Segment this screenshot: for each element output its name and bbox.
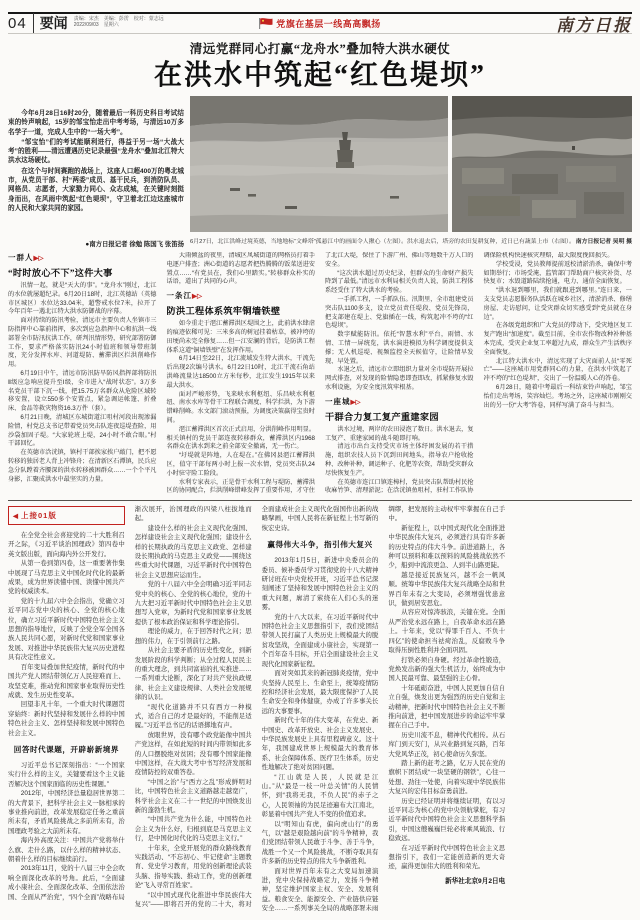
paragraph: 踏上新的赶考之路，亿万人民在党的旗帜下团结成“一块坚硬的钢铁”，心往一处想、劲往… — [388, 759, 505, 797]
jump-arrow-icon: ◀ — [13, 513, 19, 520]
jump-part3-paragraphs: 2013年1月5日，新进中央委员会的委员、候补委员学习贯彻党的十八大精神研讨班在… — [262, 505, 506, 915]
paragraph: 一手抓工程，一手抓队伍。汛期里，全市组建党员突击队1100多支，设立党员责任堤段… — [325, 296, 474, 331]
section-head-river: 一条江▶▷ 防洪工程体系筑牢铜墙铁壁 — [167, 290, 316, 317]
paragraph: 在习近平新时代中国特色社会主义思想指引下，我们一定能创造新的更大奇迹，赢得更加伟… — [388, 844, 505, 872]
paragraph: 习近平总书记深刻指出：“一个国家实行什么样的主义，关键要看这个主义能否解决这个国… — [8, 761, 125, 789]
paragraph: “江山就是人民，人民就是江山。”从“最是一枝一叶总关情”的人民情怀，到“我将无我… — [262, 773, 379, 820]
section-arrow-icon: ▶▷ — [351, 399, 361, 406]
main-headline: 在洪水中筑起“红色堤坝” — [0, 53, 640, 93]
jump-from-page-box: ◀上接01版 — [8, 506, 125, 525]
page-number: 04 — [8, 15, 27, 32]
crosshead-2: 赢得伟大斗争，指引伟大复兴 — [262, 539, 379, 550]
crosshead-1: 回答时代课题，开辟崭新境界 — [8, 744, 125, 755]
aerial-photo-right — [452, 96, 632, 232]
paragraph: 十年砥砺奋进，中国人民更加自信自立自强，焕发出更为强烈的历史自觉和主动精神，把新… — [388, 684, 505, 731]
paragraph: 学校受浸，党员教师提前返校清淤消杀，确保中考如期举行；市场受淹，监管部门帮助商户… — [484, 261, 633, 287]
masthead-logo: 南方日报 — [556, 11, 632, 36]
lead-section-columns: 一群人▶▷ “时时放心不下”这件大事 汛情一起，就是“天大的事”。“龙舟水”刚过… — [8, 252, 632, 498]
paragraph: 洪水过境，两岸的农田浸泡了数日。洪水退去，复工复产、重建家园的战斗随即打响。 — [325, 426, 474, 444]
jump-label: 上接01版 — [21, 511, 57, 520]
paragraph: 2013年1月5日，新进中央委员会的委员、候补委员学习贯彻党的十八大精神研讨班在… — [262, 556, 379, 612]
paragraph: “中国共产党为什么能，中国特色社会主义为什么好，归根到底是马克思主义行，是中国化… — [135, 815, 252, 843]
lede-paragraphs: 今年6月28日16时20分，随着最后一科历史科目考试结束的铃声响起，15岁的邹宝… — [8, 109, 184, 213]
jump-article-columns: ◀上接01版 在全党全社会喜迎党的二十大胜利召开之际，《习近平谈治国理政》第四卷… — [8, 505, 632, 915]
paragraph: 新时代十年的伟大变革，在党史、新中国史、改革开放史、社会主义发展史、中华民族发展… — [262, 716, 379, 772]
paragraph: 党的十八届六中全会明确习近平同志党中央的核心、全党的核心地位，党的十九大把习近平… — [135, 580, 252, 627]
page-header: 04 要闻 责编：宋杰 美编：彭雳 校对：蒙志远 2022/09/03 星期六 … — [8, 15, 632, 31]
paragraph: 潖江蓄滞洪区首次正式启用，分洪削峰作用明显。相关镇村的党员干部连夜转移群众，蓄滞… — [167, 426, 316, 452]
credits-block: 责编：宋杰 美编：彭雳 校对：蒙志远 2022/09/03 星期六 — [74, 17, 164, 28]
party-flag-icon — [259, 18, 273, 29]
section-arrow-icon: ▶▷ — [34, 255, 44, 262]
paragraph: 回望非凡十年，一个重大时代课题贯穿始终：新时代坚持和发展什么样的中国特色社会主义… — [8, 700, 125, 738]
newspaper-page: 04 要闻 责编：宋杰 美编：彭雳 校对：蒙志远 2022/09/03 星期六 … — [0, 0, 640, 920]
paragraph: 历史已经证明并将继续证明，有以习近平同志为核心的党中央领航掌舵，有习近平新时代中… — [388, 797, 505, 844]
paragraph: “现代化道路并不只有西方一种模式，适合自己的才是最好的，不能削足适履。”习近平总… — [135, 703, 252, 731]
paragraph: 汛情一起，就是“天大的事”。“龙舟水”刚过，北江的水位就屡超纪录。6月20日18… — [8, 282, 157, 317]
paragraph: 从第一卷到第四卷，这一重要著作集中展现了马克思主义中国化时代化的最新成果，成为世… — [8, 559, 125, 597]
paragraph: “圩堤就是阵地，人在堤在。”在佛冈县潖江蓄滞洪区，值守干部每两小时上报一次水情，… — [167, 452, 316, 478]
section-arrow-icon: ▶▷ — [192, 293, 202, 300]
paragraph: 2012年，中国经济总量稳居世界第二的大背景下，把科学社会主义一脉相承的事业推向… — [8, 789, 125, 836]
xinhua-dateline: 新华社北京9月2日电 — [388, 875, 505, 885]
paragraph: “洪水退到哪里，我们就跟进到哪里。”连日来，一支支党员志愿服务队活跃在城乡社区，… — [484, 287, 633, 322]
section-tag: 一条江▶▷ — [167, 290, 316, 301]
paragraph: 在各级党组织和广大党员的带动下，受灾地区复工复产跑出“加速度”。截至目前，全市农… — [484, 322, 633, 357]
section-tag: 一群人▶▷ — [8, 252, 157, 263]
photo-caption: 6月27日，北江洪峰过境英德，当地地标“文峰塔”孤悬江中的画面令人揪心（左图）。… — [190, 236, 572, 245]
section-head-people: 一群人▶▷ “时时放心不下”这件大事 — [8, 252, 157, 279]
paragraph: 历史川流不息，精神代代相传。从石库门到天安门，从兴业路到复兴路，百年大党风华正茂… — [388, 731, 505, 759]
top-rule — [8, 12, 632, 14]
paragraph: 在这个与时间赛跑的战场上，这座人口超400万的粤北城市，从党员干部、村“两委”成… — [8, 167, 184, 213]
paragraph: 新征程上，以中国式现代化全面推进中华民族伟大复兴，必须进行具有许多新的历史特点的… — [388, 524, 505, 571]
article-divider-rule — [8, 500, 632, 501]
jump-part1-paragraphs: 在全党全社会喜迎党的二十大胜利召开之际，《习近平谈治国理政》第四卷中英文版出版，… — [8, 531, 125, 738]
paragraph: 党的十八大以来，在习近平新时代中国特色社会主义思想指引下，我们党团结带领人民打赢… — [262, 613, 379, 669]
paragraph: 6月14日至22日，北江流域发生特大洪水，干流先后出现2次编号洪水。6月22日1… — [167, 355, 316, 390]
header-underline — [8, 33, 632, 34]
paragraph: 放眼世界，没有哪个政党能像中国共产党这样，在如此短的时间内带领如此多的人口摆脱绝… — [135, 731, 252, 778]
byline: ●南方日报记者 徐勉 陈国飞 张笛扬 — [81, 239, 184, 248]
paragraph: 面对严峻形势，飞来峡水利枢纽、乐昌峡水利枢纽、南水水库等骨干工程联合调度、科学拦… — [167, 391, 316, 426]
paragraph: “这次洪水超过历史纪录，但群众的生命财产损失降到了最低。”清远市水利局相关负责人… — [325, 270, 474, 296]
photo-credit: 南方日报记者 吴明 摄 — [576, 236, 632, 245]
paragraph: 理论的威力，在于回答时代之问；思想的伟力，在于引领前行之路。 — [135, 627, 252, 646]
paragraph: 面对持续的防汛考验，清远市主要负责人坐镇市三防指挥中心靠前指挥，多次到应急指挥中… — [8, 317, 157, 370]
section-tag: 一座城▶▷ — [325, 396, 474, 407]
paragraph: 百年变局叠加世纪疫情，新时代的中国共产党人团结带领亿万人民迎难而上、攻坚克难，推… — [8, 663, 125, 701]
paragraph: 今年6月28日16时20分，随着最后一科历史科目考试结束的铃声响起，15岁的邹宝… — [8, 109, 184, 137]
paragraph: 清远市出台支持受灾市场主体纾困发展的若干措施，组织农技人员下沉到田间地头，指导农… — [325, 443, 474, 478]
paragraph: 从容应对惊涛骇浪，关键在党。全面从严治党永远在路上，自我革命永远在路上。十年来，… — [388, 608, 505, 655]
paragraph: 在英德市浛洸镇，镇村干部挨家挨户敲门，把不愿转移的独居老人背上冲锋舟；在清新区石… — [8, 449, 157, 484]
paragraph: 数字赋能防汛。依托“智慧水利”平台，雨情、水情、工情一屏统览，洪水演进模拟为科学… — [325, 331, 474, 366]
section-title: 干群合力复工复产重建家园 — [325, 409, 474, 423]
banner-slogan: 党旗在基层一线高高飘扬 — [276, 17, 381, 30]
section-title: 防洪工程体系筑牢铜墙铁壁 — [167, 303, 316, 317]
paragraph: “中国之治”与“西方之乱”形成鲜明对比，中国特色社会主义道路越走越宽广，科学社会… — [135, 778, 252, 816]
section-title: “时时放心不下”这件大事 — [8, 265, 157, 279]
paragraph: 北江特大洪水中，清远实现了大灾面前人员“零死亡”——这座城市用党群同心的力量，在… — [484, 358, 633, 384]
section-name: 要闻 — [33, 13, 68, 33]
paragraph: 建设什么样的社会主义现代化强国、怎样建设社会主义现代化强国；建设什么样的长期执政… — [135, 524, 252, 580]
paragraph: 大雨倾盆的夜里，清城区凤城街道的网格员打着手电逐户排查；洲心街道的志愿者把热腾腾… — [167, 252, 316, 287]
paragraph: 党的十九届六中全会指出，党确立习近平同志党中央的核心、全党的核心地位，确立习近平… — [8, 597, 125, 663]
paragraph: 从社会主要矛盾的历史性变化，到新发展阶段的科学判断；从全过程人民民主的重大理念，… — [135, 646, 252, 702]
section-head-city: 一座城▶▷ 干群合力复工复产重建家园 — [325, 396, 474, 423]
paragraph: 越是接近民族复兴，越不会一帆风顺。统筹中华民族伟大复兴战略全局和世界百年未有之大… — [388, 571, 505, 609]
paragraph: “邹宝怡”们的考试能顺利进行，得益于另一场“大战大考”的胜利——清远遭遇历史记录… — [8, 138, 184, 166]
date-line: 2022/09/03 星期六 — [74, 23, 164, 29]
paragraph: 6月28日，随着中考最后一科结束铃声响起，邹宝怡们走出考场，笑容灿烂。考场之外，… — [484, 384, 633, 410]
paragraph: 打铁必须自身硬。经过革命性锻造，党焕发出新的强大生机活力，始终成为中国人民最可靠… — [388, 656, 505, 684]
paragraph: 以“明知山有虎，偏向虎山行”的勇气，以“越是艰险越向前”的斗争精神，我们党团结带… — [262, 820, 379, 867]
photo-strip — [190, 96, 632, 232]
paragraph: 海内外高度关注：中国共产党将举什么旗、走什么路，以什么样的精神状态、朝着什么样的… — [8, 836, 125, 864]
paragraph: 6月21日晚，清城区东城街道江咀村河段出现渗漏险情，村党总支书记带着党员突击队连… — [8, 414, 157, 449]
flood-photo-left — [190, 96, 448, 232]
lede-column: 今年6月28日16时20分，随着最后一科历史科目考试结束的铃声响起，15岁的邹宝… — [8, 96, 184, 250]
paragraph: 面对突如其来的新冠肺炎疫情，党中央坚持人民至上、生命至上，统筹疫情防控和经济社会… — [262, 669, 379, 716]
photo-caption-row: 6月27日，北江洪峰过境英德，当地地标“文峰塔”孤悬江中的画面令人揪心（左图）。… — [190, 236, 632, 245]
paragraph: 6月19日中午，清远市防汛防旱防风指挥部将防汛Ⅱ级应急响应提升至Ⅰ级，全市进入“… — [8, 370, 157, 414]
paragraph: 十年来，全党开展党的群众路线教育实践活动、“不忘初心、牢记使命”主题教育、党史学… — [135, 844, 252, 891]
paragraph: 水退之后，清远市立即组织力量对全市堤防开展拉网式排查，对发现的险情隐患即查即改，… — [325, 366, 474, 392]
paragraph: 如今重走于潖江蓄滞洪区堤围之上，此前洪水肆虐的痕迹依稀可见：三米多高的树冠挂着枯… — [167, 320, 316, 355]
paragraph: 在全党全社会喜迎党的二十大胜利召开之际，《习近平谈治国理政》第四卷中英文版出版，… — [8, 531, 125, 559]
